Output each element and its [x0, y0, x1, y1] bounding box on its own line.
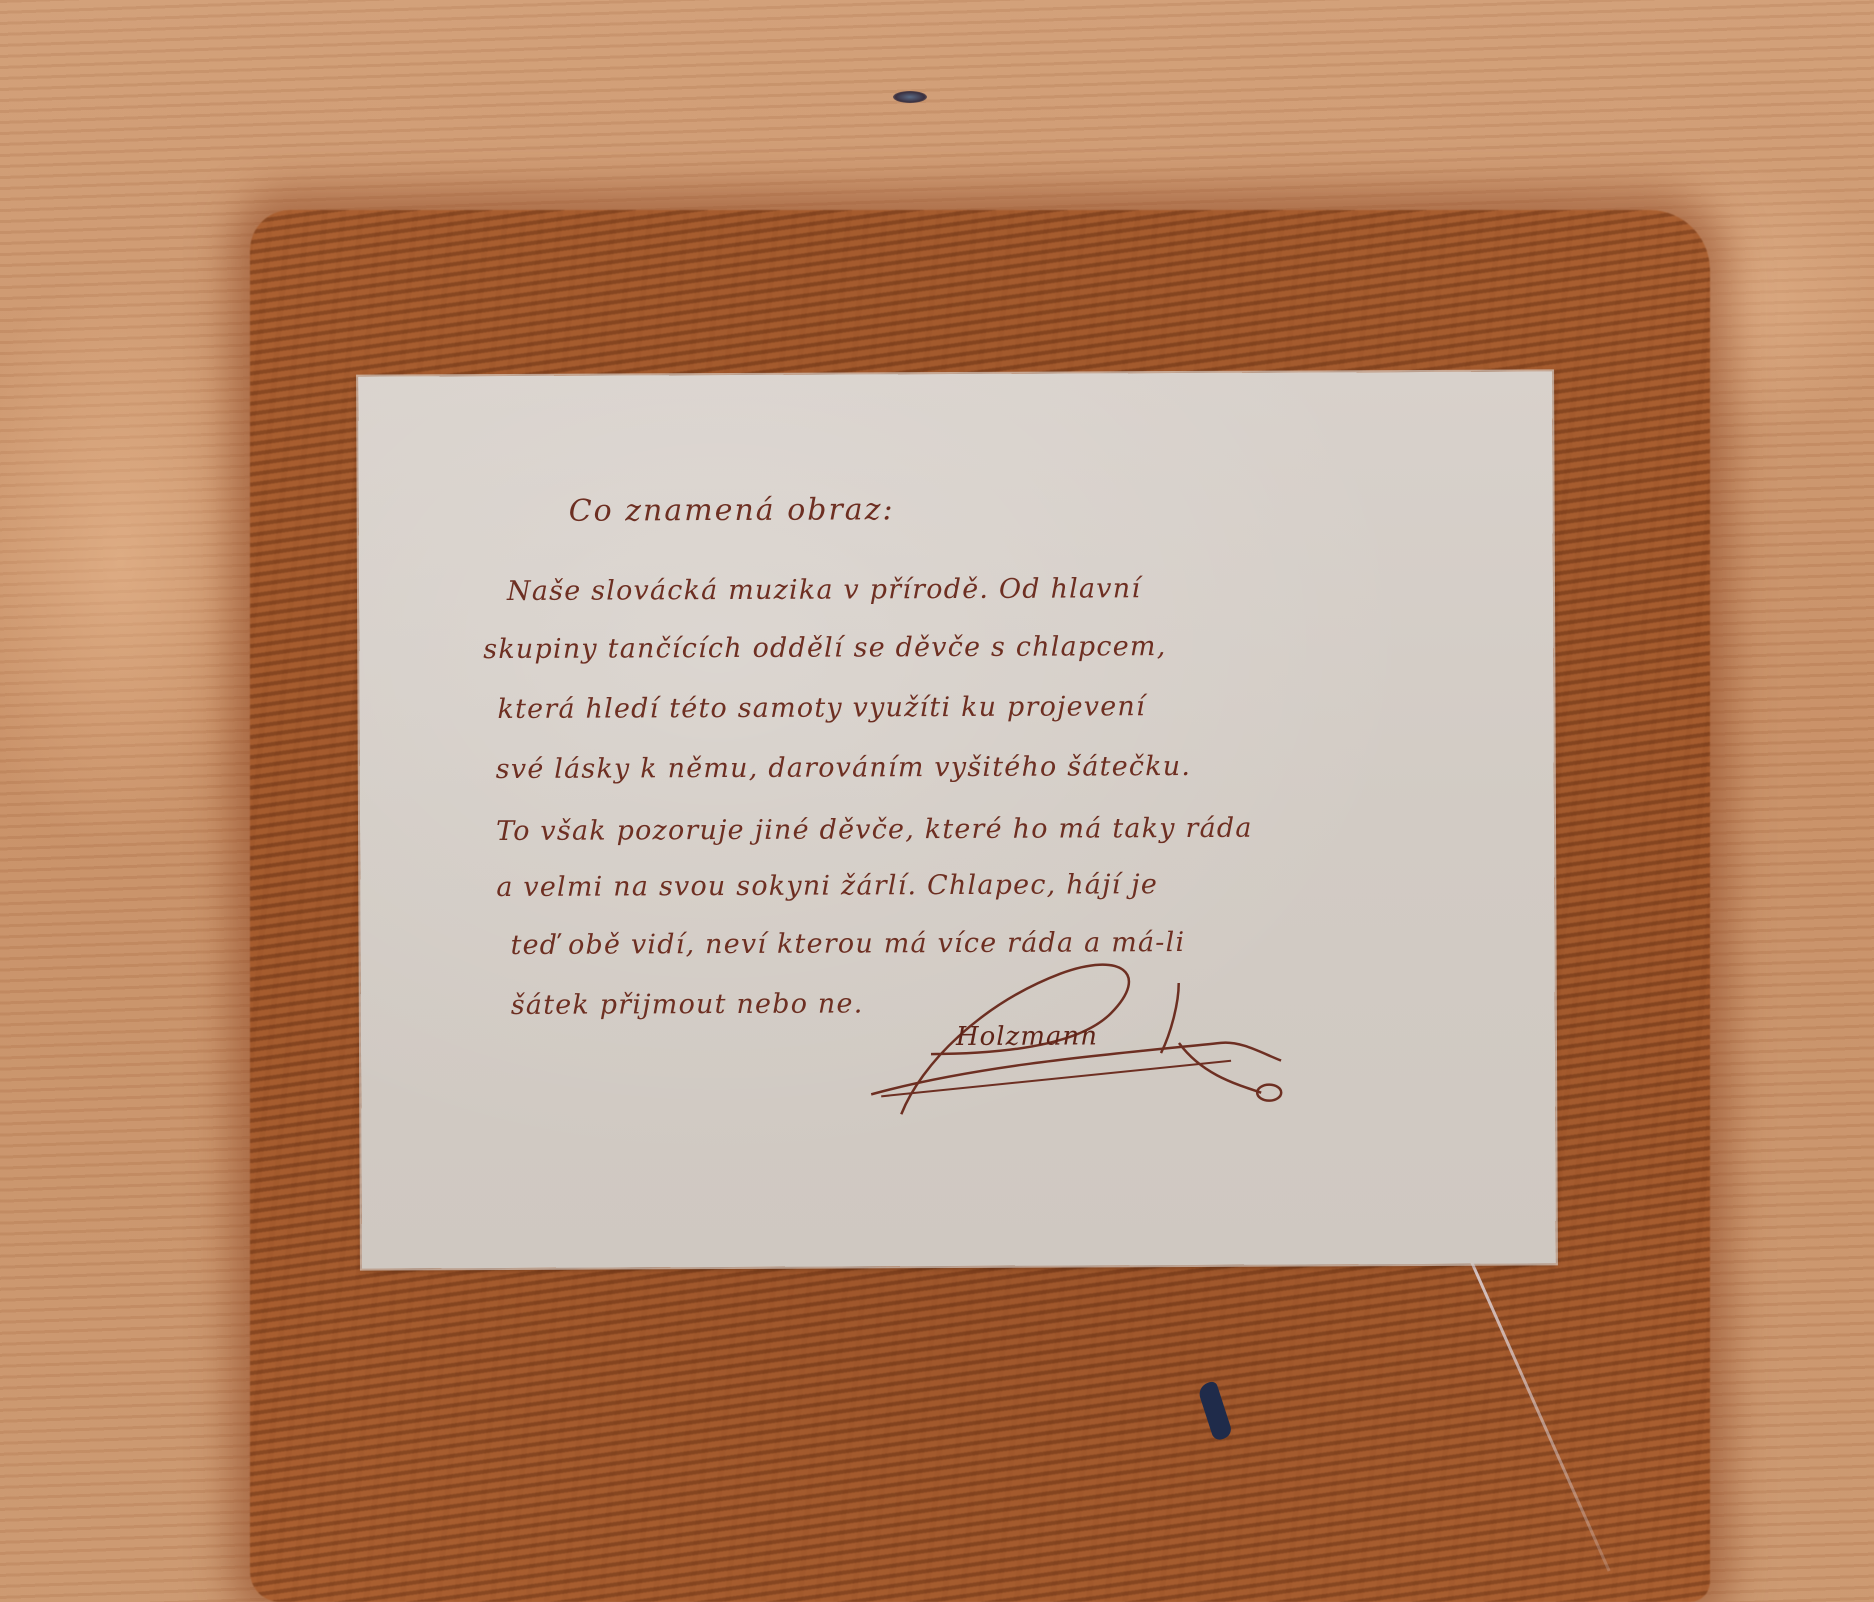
note-line: a velmi na svou sokyni žárlí. Chlapec, h…: [496, 869, 1158, 903]
note-card: Co znamená obraz: Naše slovácká muzika v…: [358, 371, 1556, 1268]
note-line: To však pozoruje jiné děvče, které ho má…: [496, 813, 1253, 847]
note-heading: Co znamená obraz:: [569, 492, 895, 528]
nail-mark: [893, 91, 927, 103]
note-line: šátek přijmout nebo ne.: [511, 988, 864, 1021]
note-line: která hledí této samoty využíti ku proje…: [497, 691, 1145, 725]
note-line: skupiny tančících oddělí se děvče s chla…: [483, 631, 1166, 665]
signature: Holzmann: [861, 942, 1322, 1134]
note-line: své lásky k němu, darováním vyšitého šát…: [496, 751, 1191, 785]
note-line: Naše slovácká muzika v přírodě. Od hlavn…: [507, 573, 1141, 607]
signature-name: Holzmann: [956, 1021, 1098, 1052]
handwritten-note: Co znamená obraz: Naše slovácká muzika v…: [358, 371, 1556, 1268]
